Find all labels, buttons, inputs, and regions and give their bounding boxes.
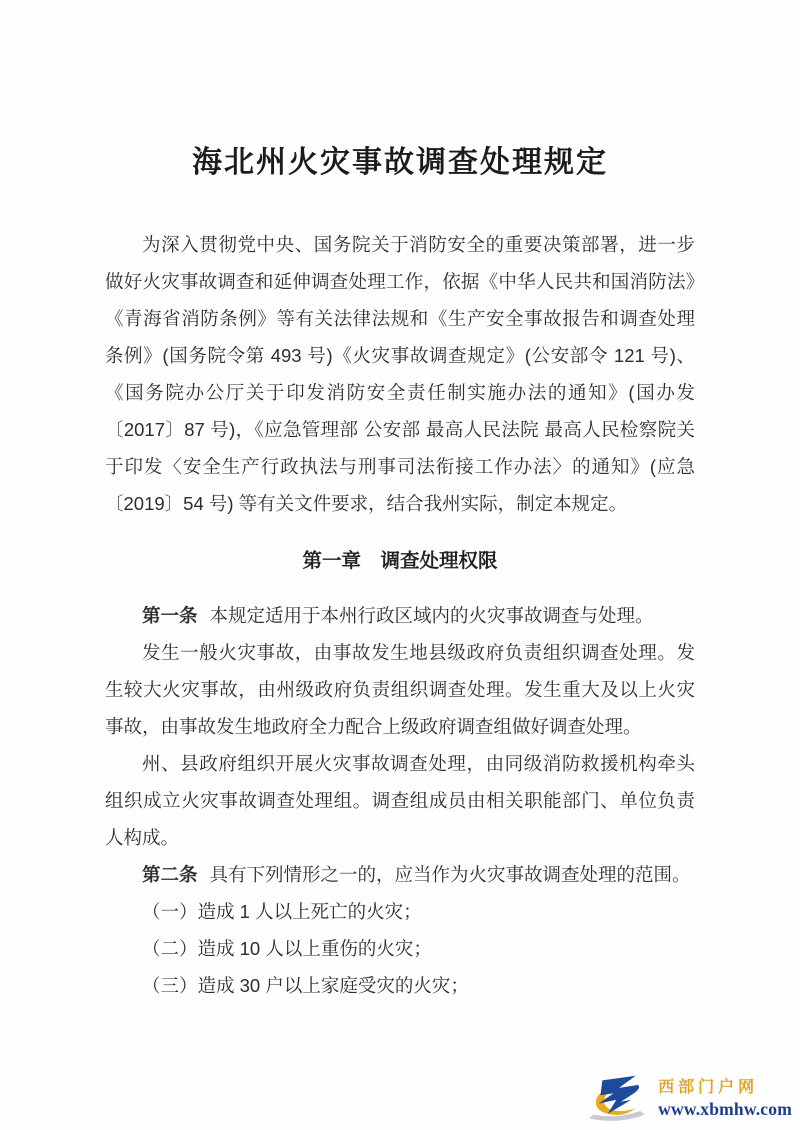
article-1-paragraph: 第一条本规定适用于本州行政区域内的火灾事故调查与处理。 bbox=[105, 597, 695, 634]
article-2-paragraph: 第二条具有下列情形之一的，应当作为火灾事故调查处理的范围。 bbox=[105, 856, 695, 893]
document-title: 海北州火灾事故调查处理规定 bbox=[105, 146, 695, 180]
scope-item-3: （三）造成 30 户以上家庭受灾的火灾； bbox=[105, 967, 695, 1004]
xbmhw-text-block: 西部门户网 www.xbmhw.com bbox=[658, 1077, 792, 1120]
article-1-text: 本规定适用于本州行政区域内的火灾事故调查与处理。 bbox=[210, 605, 654, 626]
article-1-subparagraph-organization: 州、县政府组织开展火灾事故调查处理，由同级消防救援机构牵头组织成立火灾事故调查处… bbox=[105, 745, 695, 856]
article-2-text: 具有下列情形之一的，应当作为火灾事故调查处理的范围。 bbox=[210, 864, 691, 885]
scope-item-1: （一）造成 1 人以上死亡的火灾； bbox=[105, 893, 695, 930]
preamble-paragraph: 为深入贯彻党中央、国务院关于消防安全的重要决策部署，进一步做好火灾事故调查和延伸… bbox=[105, 226, 695, 522]
chapter-1-heading: 第一章 调查处理权限 bbox=[105, 543, 695, 580]
article-2-label: 第二条 bbox=[142, 864, 198, 885]
xbmhw-logo-icon bbox=[582, 1071, 656, 1125]
regulation-document: 海北州火灾事故调查处理规定 为深入贯彻党中央、国务院关于消防安全的重要决策部署，… bbox=[105, 146, 695, 1004]
site-url: www.xbmhw.com bbox=[658, 1098, 792, 1120]
article-1-subparagraph-responsibility: 发生一般火灾事故，由事故发生地县级政府负责组织调查处理。发生较大火灾事故，由州级… bbox=[105, 634, 695, 745]
article-1-label: 第一条 bbox=[142, 605, 198, 626]
document-page: 海北州火灾事故调查处理规定 为深入贯彻党中央、国务院关于消防安全的重要决策部署，… bbox=[0, 0, 800, 1130]
scope-item-2: （二）造成 10 人以上重伤的火灾； bbox=[105, 930, 695, 967]
site-name: 西部门户网 bbox=[658, 1077, 792, 1098]
xbmhw-watermark: 西部门户网 www.xbmhw.com bbox=[582, 1071, 792, 1125]
